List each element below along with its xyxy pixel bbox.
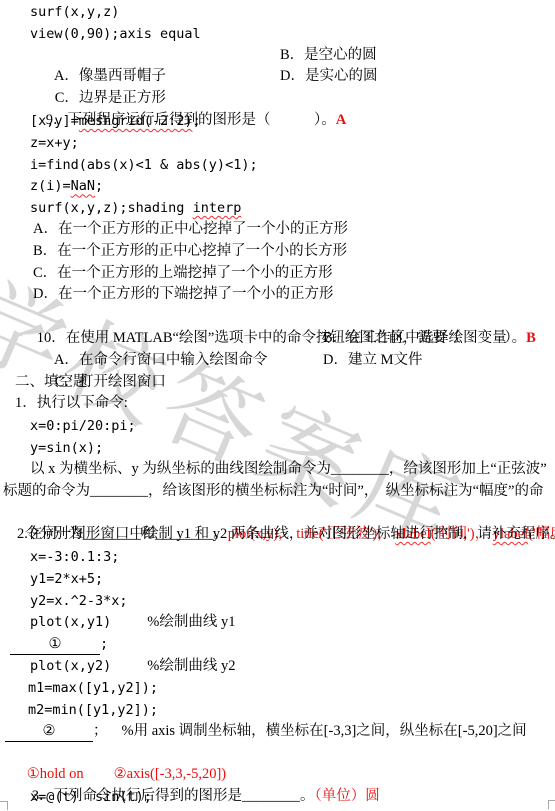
- q10-options-row-1: A．在命令行窗口中输入绘图命令 B．在工作区中选择绘图变量: [33, 328, 555, 350]
- q8-code-line-2: view(0,90);axis equal: [30, 23, 555, 45]
- q8-option-d: D．是实心的圆: [280, 66, 377, 88]
- q9-code-line-4: z(i)=NaN;: [30, 175, 555, 197]
- spellcheck-wavy: interp: [193, 200, 242, 216]
- fill3-code-line-1: x=@(t) sin(t);: [30, 786, 555, 808]
- fill-blank-underline: ②: [5, 721, 93, 742]
- section2-title: 二、填空题: [15, 372, 555, 394]
- fill1-code-line-2: y=sin(x);: [30, 437, 555, 459]
- fill2-code-line-2: y1=2*x+5;: [30, 568, 555, 590]
- q9-code-line-5: surf(x,y,z);shading interp: [30, 197, 555, 219]
- q8-options-row-1: A．像墨西哥帽子 B．是空心的圆: [33, 45, 555, 67]
- q9-code-line-3: i=find(abs(x)<1 & abs(y)<1);: [30, 154, 555, 176]
- fill1-text-line-2: 标题的命令为________，给该图形的横坐标标注为“时间”， 纵坐标标注为“幅…: [3, 481, 555, 503]
- q10-options-row-2: C．打开绘图窗口 D．建立 M文件: [33, 350, 555, 372]
- fill2-answers: ①hold on②axis([-3,3,-5,20]): [5, 742, 555, 764]
- q9-option-b: B．在一个正方形的正中心挖掉了一个小的长方形: [33, 241, 555, 263]
- fill2-code-line-6: m1=max([y1,y2]);: [28, 677, 555, 699]
- fill2-code-line-7: m2=min([y1,y2]);: [28, 699, 555, 721]
- code-comment: %用 axis 调制坐标轴，横坐标在[-3,3]之间，纵坐标在[-5,20]之间: [122, 723, 527, 739]
- q10-option-d: D．建立 M文件: [323, 350, 423, 372]
- q8-code-line-1: surf(x,y,z): [30, 1, 555, 23]
- text-boundary-mark-right: [548, 800, 555, 809]
- code-comment: %绘制曲线 y2: [147, 658, 235, 674]
- q10-stem-line: 10．在使用 MATLAB“绘图”选项卡中的命令按钮绘图之前，需要（ ）。B: [15, 306, 555, 328]
- fill1-text-line-1: 以 x 为横坐标、y 为纵坐标的曲线图绘制命令为________，给该图形加上“…: [30, 459, 555, 481]
- q9-option-d: D．在一个正方形的下端挖掉了一个小的正方形: [33, 284, 555, 306]
- q9-code-line-1: [x,y]=meshgrid(-2:2);: [30, 110, 555, 132]
- q9-option-c: C．在一个正方形的上端挖掉了一个小的正方形: [33, 263, 555, 285]
- q8-options-row-2: C．边界是正方形 D．是实心的圆: [33, 66, 555, 88]
- q8-option-b: B．是空心的圆: [280, 45, 377, 67]
- fill1-heading: 1．执行以下命令:: [15, 393, 555, 415]
- fill2-blank-1: ①;: [10, 633, 555, 655]
- q9-code-line-2: z=x+y;: [30, 132, 555, 154]
- q10-option-b: B．在工作区中选择绘图变量: [323, 328, 507, 350]
- text-boundary-mark-left: [0, 801, 8, 810]
- q9-stem-line: 9．下列程序运行后得到的图形是（ ）。A: [24, 88, 555, 110]
- document-body: surf(x,y,z) view(0,90);axis equal A．像墨西哥…: [0, 1, 555, 807]
- fill2-heading: 2.在同一图形窗口中绘制 y1 和 y2 两条曲线，并对图形坐标轴进行控制，请补…: [17, 524, 555, 546]
- code-comment: %绘制曲线 y1: [147, 614, 235, 630]
- fill2-code-line-1: x=-3:0.1:3;: [30, 546, 555, 568]
- fill2-code-line-5: plot(x,y2)%绘制曲线 y2: [30, 655, 555, 677]
- fill-blank-underline: ①: [10, 634, 100, 655]
- spellcheck-wavy: NaN: [71, 178, 95, 194]
- spellcheck-wavy: meshgrid(-2:2): [79, 113, 193, 129]
- fill2-code-line-3: y2=x.^2-3*x;: [30, 590, 555, 612]
- fill1-text-line-3: 令分别为________和________。plot(x,y)， title('…: [3, 502, 555, 524]
- fill3-stem-line: 3．下列命令执行后得到的图形是________。（单位）圆: [10, 764, 555, 786]
- exam-document-page: 学校答案库 surf(x,y,z) view(0,90);axis equal …: [0, 0, 555, 811]
- q9-option-a: A．在一个正方形的正中心挖掉了一个小的正方形: [33, 219, 555, 241]
- fill1-code-line-1: x=0:pi/20:pi;: [30, 415, 555, 437]
- fill2-code-line-4: plot(x,y1)%绘制曲线 y1: [30, 611, 555, 633]
- fill2-blank-2: ②；%用 axis 调制坐标轴，横坐标在[-3,3]之间，纵坐标在[-5,20]…: [5, 720, 555, 742]
